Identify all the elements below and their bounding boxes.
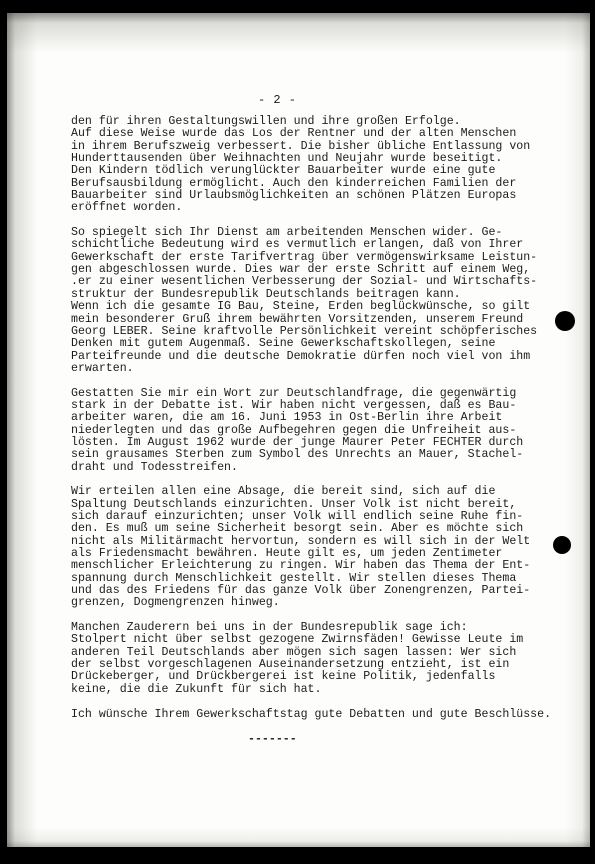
text-line: Ich wünsche Ihrem Gewerkschaftstag gute …	[71, 709, 571, 721]
punch-hole-upper	[555, 311, 575, 331]
text-line: sein grausames Sterben zum Symbol des Un…	[71, 449, 571, 461]
page-number: - 2 -	[258, 93, 297, 107]
text-line: Parteifreunde und die deutsche Demokrati…	[71, 351, 571, 363]
scanned-page: - 2 - den für ihren Gestaltungswillen un…	[7, 13, 590, 847]
letter-body: den für ihren Gestaltungswillen und ihre…	[71, 116, 571, 733]
text-line: eröffnet worden.	[71, 202, 571, 214]
text-line: menschlicher Erleichterung zu ringen. Wi…	[71, 560, 571, 572]
paragraph-achievements: den für ihren Gestaltungswillen und ihre…	[71, 116, 571, 215]
text-line: grenzen, Dogmengrenzen hinweg.	[71, 597, 571, 609]
punch-hole-lower	[553, 536, 571, 554]
text-line: Wenn ich die gesamte IG Bau, Steine, Erd…	[71, 301, 571, 313]
text-line: draht und Todesstreifen.	[71, 462, 571, 474]
paragraph-deutschlandfrage: Gestatten Sie mir ein Wort zur Deutschla…	[71, 388, 571, 474]
text-line: Denken mit gutem Augenmaß. Seine Gewerks…	[71, 338, 571, 350]
text-line: mein besonderer Gruß ihrem bewährten Vor…	[71, 314, 571, 326]
text-line: Auf diese Weise wurde das Los der Rentne…	[71, 128, 571, 140]
text-line: keine, die die Zukunft für sich hat.	[71, 684, 571, 696]
text-line: Wir erteilen allen eine Absage, die bere…	[71, 486, 571, 498]
text-line: erwarten.	[71, 363, 571, 375]
paragraph-spaltung: Wir erteilen allen eine Absage, die bere…	[71, 486, 571, 609]
text-line: .er zu einer wesentlichen Verbesserung d…	[71, 276, 571, 288]
text-line: Stolpert nicht über selbst gezogene Zwir…	[71, 634, 571, 646]
paragraph-closing-wish: Ich wünsche Ihrem Gewerkschaftstag gute …	[71, 709, 571, 721]
text-line: Drückeberger, und Drückbergerei ist kein…	[71, 671, 571, 683]
paragraph-zauderer: Manchen Zauderern bei uns in der Bundesr…	[71, 622, 571, 696]
paragraph-tarifvertrag-leber: So spiegelt sich Ihr Dienst am arbeitend…	[71, 227, 571, 375]
text-line: arbeiter waren, die am 16. Juni 1953 in …	[71, 412, 571, 424]
text-line: den. Es muß um seine Sicherheit besorgt …	[71, 523, 571, 535]
text-line: schichtliche Bedeutung wird es vermutlic…	[71, 239, 571, 251]
closing-dashes: -------	[248, 733, 297, 746]
text-line: Den Kindern tödlich verunglückter Bauarb…	[71, 165, 571, 177]
